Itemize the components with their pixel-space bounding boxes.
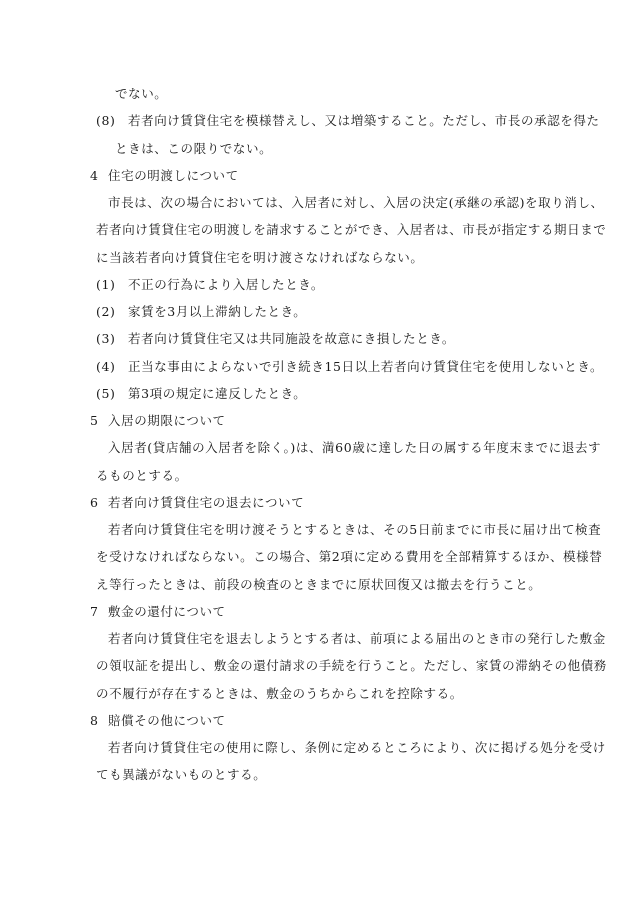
paragraph-line: 若者向け賃貸住宅を明け渡そうとするときは、その5日前までに市長に届け出て検査 xyxy=(108,522,601,538)
paragraph-line: を受けなければならない。この場合、第2項に定める費用を全部精算するほか、模様替 xyxy=(96,549,602,565)
paragraph-line: 若者向け賃貸住宅を退去しようとする者は、前項による届出のとき市の発行した敷金 xyxy=(108,631,606,647)
item-number: (5) xyxy=(96,386,116,402)
list-item-text: 不正の行為により入居したとき。 xyxy=(128,277,324,293)
section-heading: 賠償その他について xyxy=(108,713,226,729)
paragraph-line: に当該若者向け賃貸住宅を明け渡さなければならない。 xyxy=(96,250,424,266)
list-item-text: 若者向け賃貸住宅を模様替えし、又は増築すること。ただし、市長の承認を得た xyxy=(128,113,600,129)
item-number: (1) xyxy=(96,277,116,293)
paragraph-line: でない。 xyxy=(115,86,167,102)
paragraph-line: 若者向け賃貸住宅の明渡しを請求することができ、入居者は、市長が指定する期日まで xyxy=(96,222,606,238)
section-number: 6 xyxy=(90,495,99,511)
item-number: (3) xyxy=(96,331,116,347)
list-item-text: 正当な事由によらないで引き続き15日以上若者向け賃貸住宅を使用しないとき。 xyxy=(128,359,603,375)
paragraph-line: ても異議がないものとする。 xyxy=(96,767,266,783)
item-number: (8) xyxy=(96,113,116,129)
paragraph-line: の不履行が存在するときは、敷金のうちからこれを控除する。 xyxy=(96,686,463,702)
paragraph-line: 市長は、次の場合においては、入居者に対し、入居の決定(承継の承認)を取り消し、 xyxy=(108,195,604,211)
section-heading: 若者向け賃貸住宅の退去について xyxy=(108,495,304,511)
list-item-text: 第3項の規定に違反したとき。 xyxy=(128,386,306,402)
list-item-text: 若者向け賃貸住宅又は共同施設を故意にき損したとき。 xyxy=(128,331,455,347)
list-item-text: 家賃を3月以上滞納したとき。 xyxy=(128,304,306,320)
paragraph-line: るものとする。 xyxy=(96,468,188,484)
section-heading: 敷金の還付について xyxy=(108,604,226,620)
paragraph-line: え等行ったときは、前段の検査のときまでに原状回復又は撤去を行うこと。 xyxy=(96,577,541,593)
section-number: 5 xyxy=(90,413,99,429)
paragraph-line: 入居者(貸店舗の入居者を除く。)は、満60歳に達した日の属する年度末までに退去す xyxy=(108,440,601,456)
section-heading: 住宅の明渡しについて xyxy=(108,168,239,184)
section-number: 7 xyxy=(90,604,99,620)
section-number: 8 xyxy=(90,713,99,729)
item-number: (2) xyxy=(96,304,116,320)
paragraph-line: の領収証を提出し、敷金の還付請求の手続を行うこと。ただし、家賃の滞納その他債務 xyxy=(96,658,607,674)
paragraph-line: 若者向け賃貸住宅の使用に際し、条例に定めるところにより、次に掲げる処分を受け xyxy=(108,740,606,756)
section-number: 4 xyxy=(90,168,99,184)
section-heading: 入居の期限について xyxy=(108,413,226,429)
paragraph-line: ときは、この限りでない。 xyxy=(115,141,272,157)
document-page: でない。(8)若者向け賃貸住宅を模様替えし、又は増築すること。ただし、市長の承認… xyxy=(0,0,630,903)
item-number: (4) xyxy=(96,359,116,375)
